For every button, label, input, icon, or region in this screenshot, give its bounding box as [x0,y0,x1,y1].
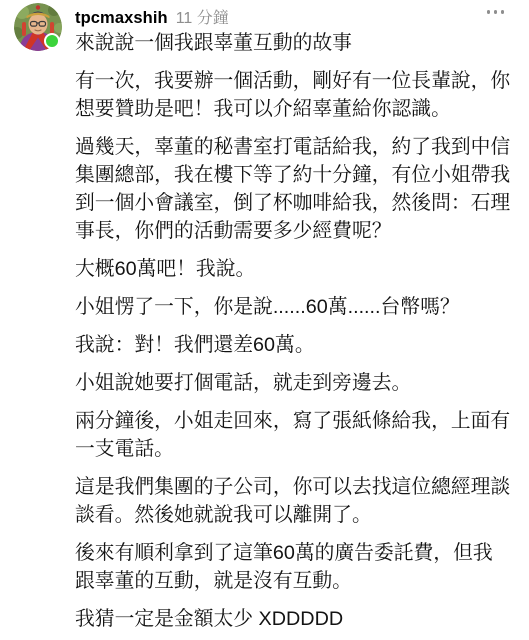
post-paragraph: 這是我們集團的子公司，你可以去找這位總經理談談看。然後她就說我可以離開了。 [75,473,511,529]
post-content: tpcmaxshih 11 分鐘 來說說一個我跟辜董互動的故事有一次，我要辦一個… [75,3,511,633]
post-paragraph: 我猜一定是金額太少 XDDDDD [75,605,511,633]
post-header: tpcmaxshih 11 分鐘 [75,3,511,28]
post-paragraph: 過幾天，辜董的秘書室打電話給我，約了我到中信集團總部，我在樓下等了約十分鐘，有位… [75,133,511,245]
post-paragraph: 來說說一個我跟辜董互動的故事 [75,29,511,57]
post-paragraph: 後來有順利拿到了這筆60萬的廣告委託費，但我跟辜董的互動，就是沒有互動。 [75,539,511,595]
username[interactable]: tpcmaxshih [75,9,168,28]
avatar[interactable] [14,3,62,51]
post-body: 來說說一個我跟辜董互動的故事有一次，我要辦一個活動，剛好有一位長輩說，你想要贊助… [75,29,511,633]
post-paragraph: 小姐說她要打個電話，就走到旁邊去。 [75,369,511,397]
post-paragraph: 兩分鐘後，小姐走回來，寫了張紙條給我，上面有一支電話。 [75,407,511,463]
online-status-dot [44,33,60,49]
post-paragraph: 大概60萬吧！我說。 [75,255,511,283]
post-paragraph: 我說：對！我們還差60萬。 [75,331,511,359]
timestamp: 11 分鐘 [176,5,229,28]
post-paragraph: 小姐愣了一下，你是說......60萬......台幣嗎？ [75,293,511,321]
post-paragraph: 有一次，我要辦一個活動，剛好有一位長輩說，你想要贊助是吧！我可以介紹辜董給你認識… [75,67,511,123]
post: tpcmaxshih 11 分鐘 來說說一個我跟辜董互動的故事有一次，我要辦一個… [0,0,529,640]
